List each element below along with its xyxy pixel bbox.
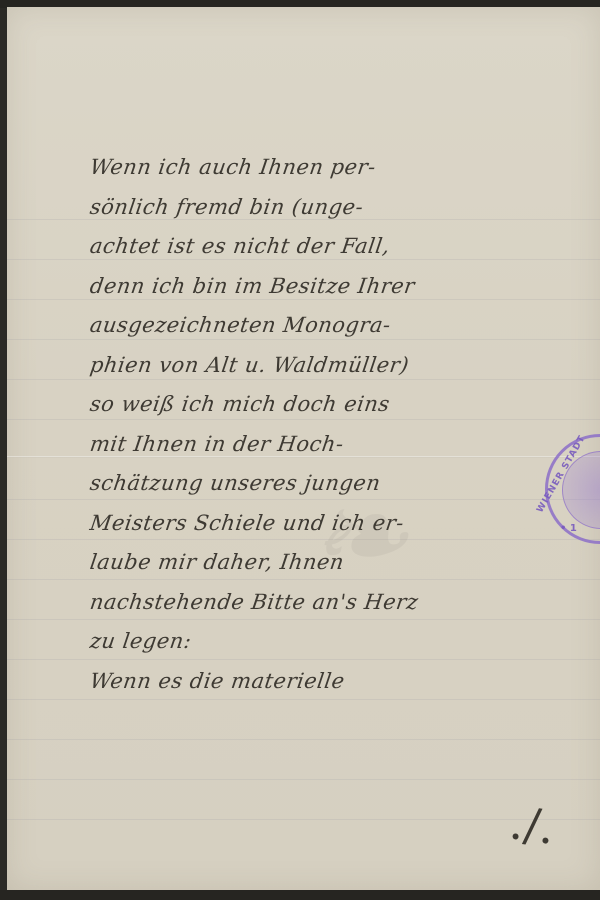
- letter-line-4: denn ich bin im Besitze Ihrer: [87, 267, 593, 307]
- letter-line-10: Meisters Schiele und ich er-: [87, 504, 593, 544]
- ruled-line: [7, 779, 600, 780]
- letter-body: Wenn ich auch Ihnen per- sönlich fremd b…: [90, 148, 590, 701]
- continuation-mark: ./.: [506, 795, 558, 855]
- letter-line-1: Wenn ich auch Ihnen per-: [87, 148, 593, 188]
- letter-line-3: achtet ist es nicht der Fall,: [87, 227, 593, 267]
- letter-line-12: nachstehende Bitte an's Herz: [87, 583, 593, 623]
- letter-line-13: zu legen:: [87, 622, 593, 662]
- letter-line-11: laube mir daher, Ihnen: [87, 543, 593, 583]
- letter-line-6: phien von Alt u. Waldmüller): [87, 346, 593, 386]
- scan-frame-bottom: [0, 890, 600, 900]
- letter-line-8: mit Ihnen in der Hoch-: [87, 425, 593, 465]
- letter-line-7: so weiß ich mich doch eins: [87, 385, 593, 425]
- letter-line-14: Wenn es die materielle: [87, 662, 593, 702]
- letter-line-2: sönlich fremd bin (unge-: [87, 188, 593, 228]
- ruled-line: [7, 739, 600, 740]
- letter-line-9: schätzung unseres jungen: [87, 464, 593, 504]
- letter-line-5: ausgezeichneten Monogra-: [87, 306, 593, 346]
